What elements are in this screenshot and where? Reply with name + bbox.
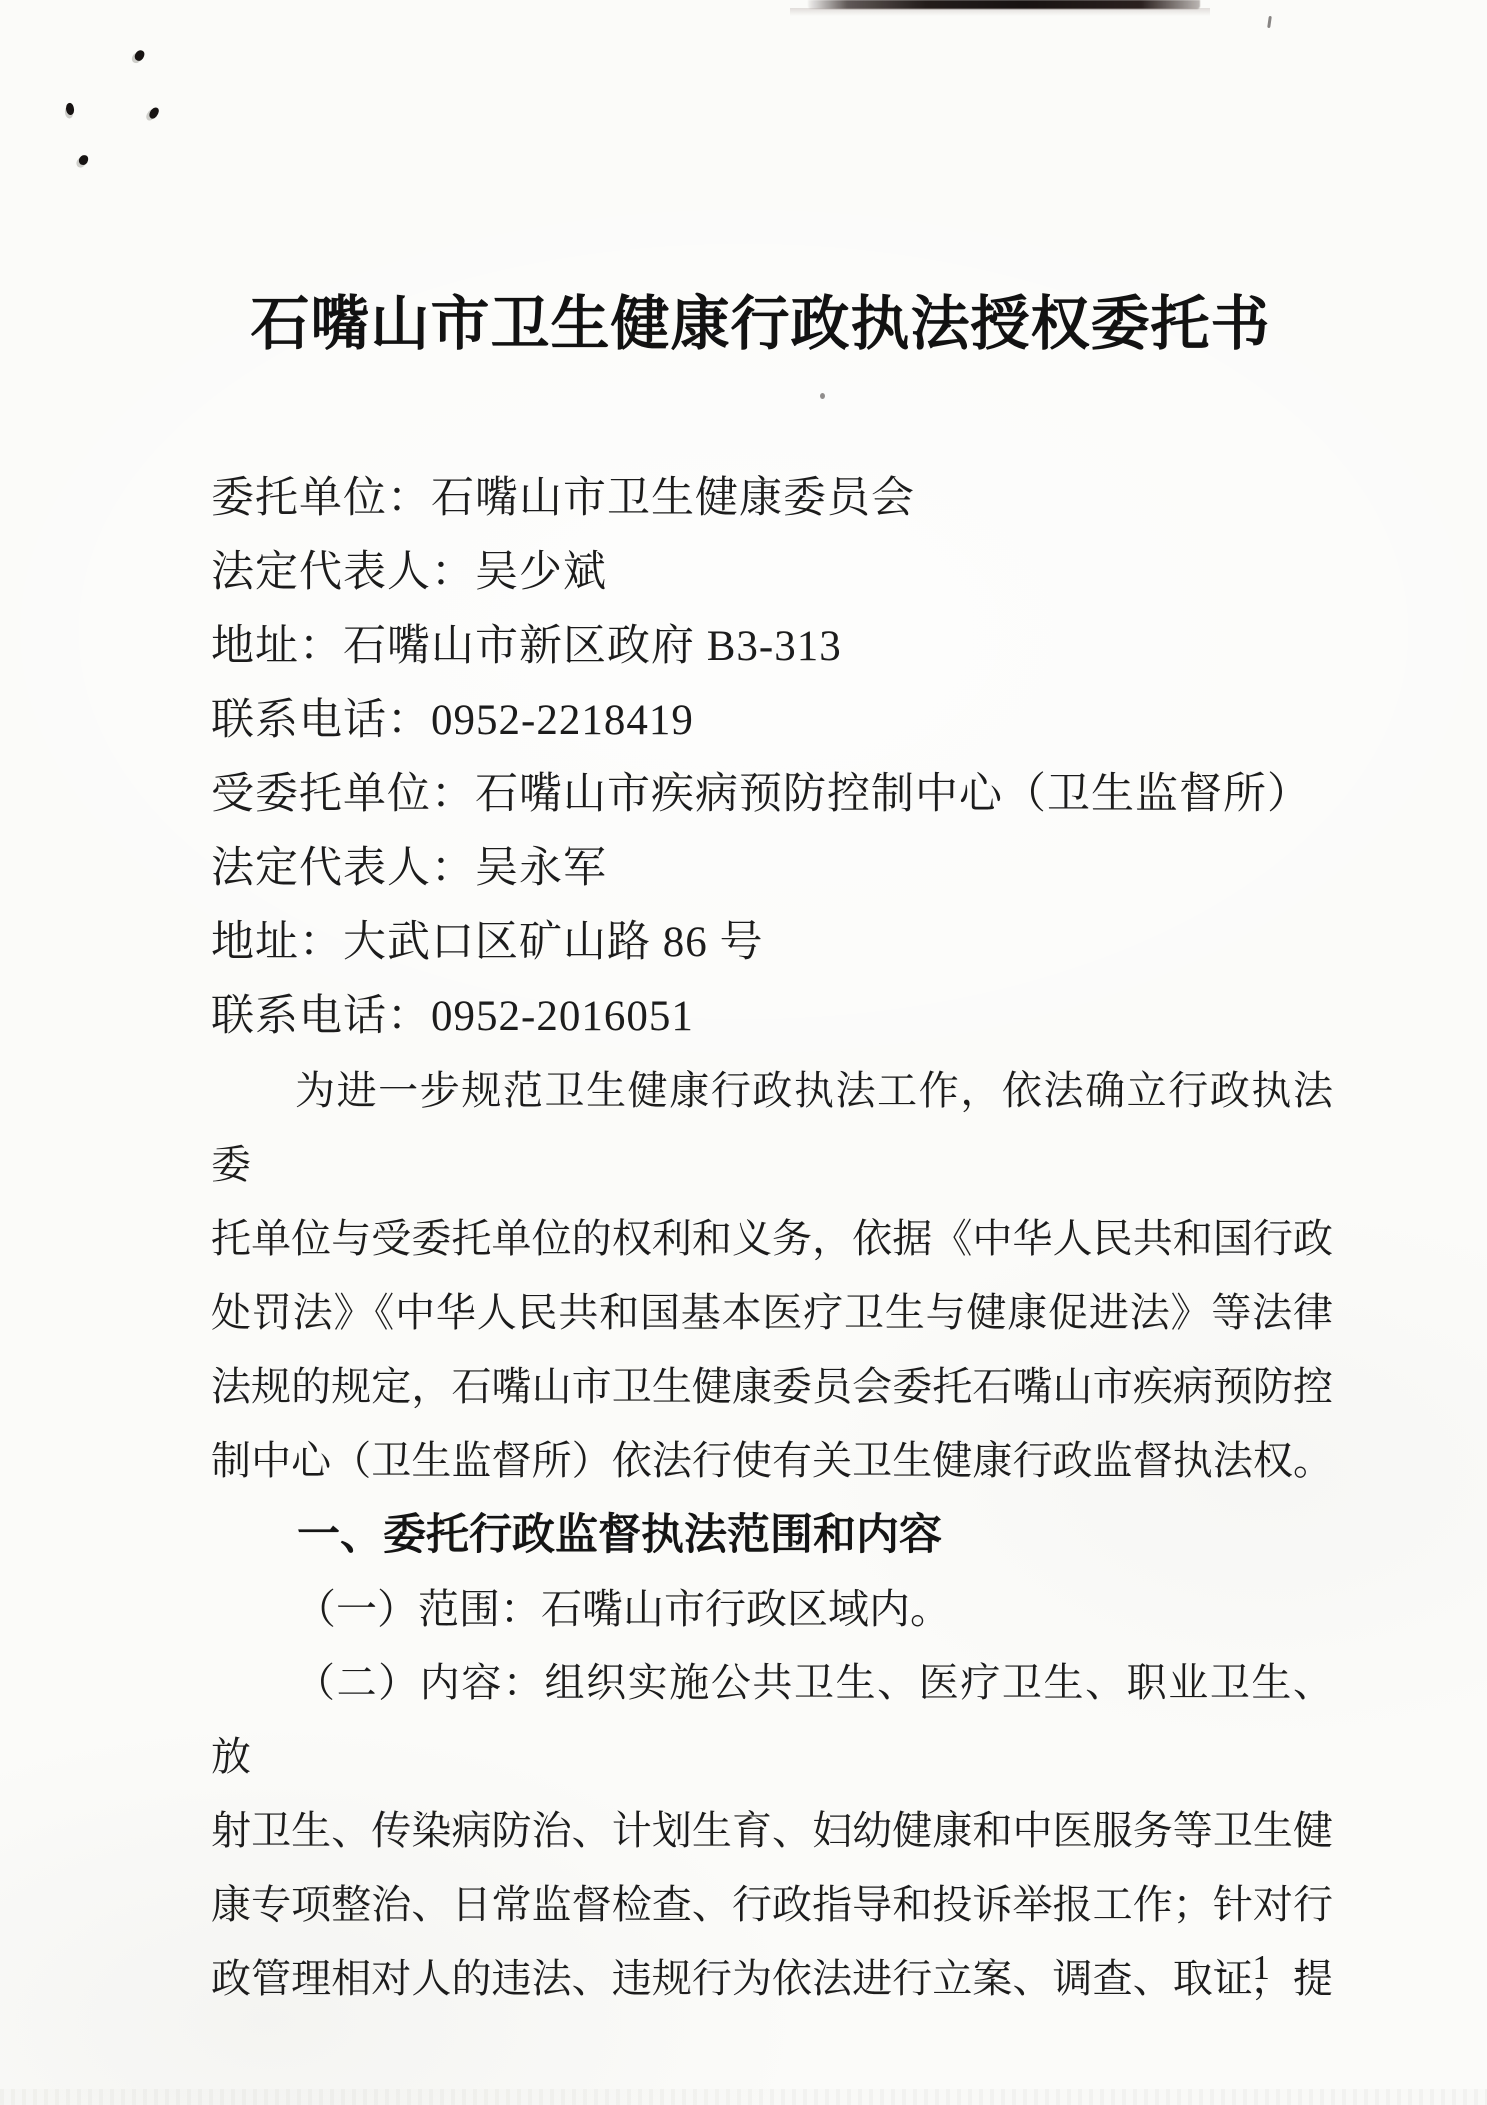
- info-line-address-1: 地址：石嘴山市新区政府 B3-313: [211, 610, 1311, 684]
- intro-line: 法规的规定，石嘴山市卫生健康委员会委托石嘴山市疾病预防控: [211, 1350, 1333, 1424]
- info-line-address-2: 地址：大武口区矿山路 86 号: [211, 906, 1311, 980]
- info-line-legal-rep-1: 法定代表人：吴少斌: [211, 536, 1311, 610]
- scan-artifact-tick: [1267, 16, 1272, 28]
- info-line-phone-1: 联系电话：0952-2218419: [211, 684, 1311, 758]
- section-item-scope: （一）范围：石嘴山市行政区域内。: [211, 1572, 1333, 1646]
- info-line-entrusted-unit: 受委托单位：石嘴山市疾病预防控制中心（卫生监督所）: [211, 758, 1311, 832]
- document-body: 为进一步规范卫生健康行政执法工作，依法确立行政执法委 托单位与受委托单位的权利和…: [211, 1054, 1333, 2016]
- section-item-content-line: 康专项整治、日常监督检查、行政指导和投诉举报工作；针对行: [211, 1868, 1333, 1942]
- ink-speck: [78, 154, 89, 165]
- scanned-document-page: 石嘴山市卫生健康行政执法授权委托书 委托单位：石嘴山市卫生健康委员会 法定代表人…: [0, 0, 1487, 2105]
- document-title: 石嘴山市卫生健康行政执法授权委托书: [34, 292, 1487, 357]
- section-item-content-line: 政管理相对人的违法、违规行为依法进行立案、调查、取证，提: [211, 1942, 1333, 2016]
- intro-line: 制中心（卫生监督所）依法行使有关卫生健康行政监督执法权。: [211, 1424, 1333, 1498]
- intro-line: 为进一步规范卫生健康行政执法工作，依法确立行政执法委: [211, 1054, 1333, 1202]
- info-line-entrusting-unit: 委托单位：石嘴山市卫生健康委员会: [211, 462, 1311, 536]
- ink-speck: [65, 102, 76, 116]
- section-item-content-line: 射卫生、传染病防治、计划生育、妇幼健康和中医服务等卫生健: [211, 1794, 1333, 1868]
- intro-line: 托单位与受委托单位的权利和义务，依据《中华人民共和国行政: [211, 1202, 1333, 1276]
- scan-artifact-bottom-noise: [0, 2089, 1487, 2105]
- scan-artifact-top-edge-shadow: [790, 8, 1210, 16]
- party-info-block: 委托单位：石嘴山市卫生健康委员会 法定代表人：吴少斌 地址：石嘴山市新区政府 B…: [211, 462, 1311, 1054]
- section-item-content-line: （二）内容：组织实施公共卫生、医疗卫生、职业卫生、放: [211, 1646, 1333, 1794]
- info-line-legal-rep-2: 法定代表人：吴永军: [211, 832, 1311, 906]
- scan-artifact-dot: [820, 393, 825, 399]
- info-line-phone-2: 联系电话：0952-2016051: [211, 980, 1311, 1054]
- section-heading: 一、委托行政监督执法范围和内容: [297, 1498, 1333, 1572]
- ink-speck: [148, 106, 160, 120]
- page-number: - 1 -: [1216, 1948, 1309, 1988]
- ink-speck: [134, 49, 146, 62]
- intro-line: 处罚法》《中华人民共和国基本医疗卫生与健康促进法》等法律: [211, 1276, 1333, 1350]
